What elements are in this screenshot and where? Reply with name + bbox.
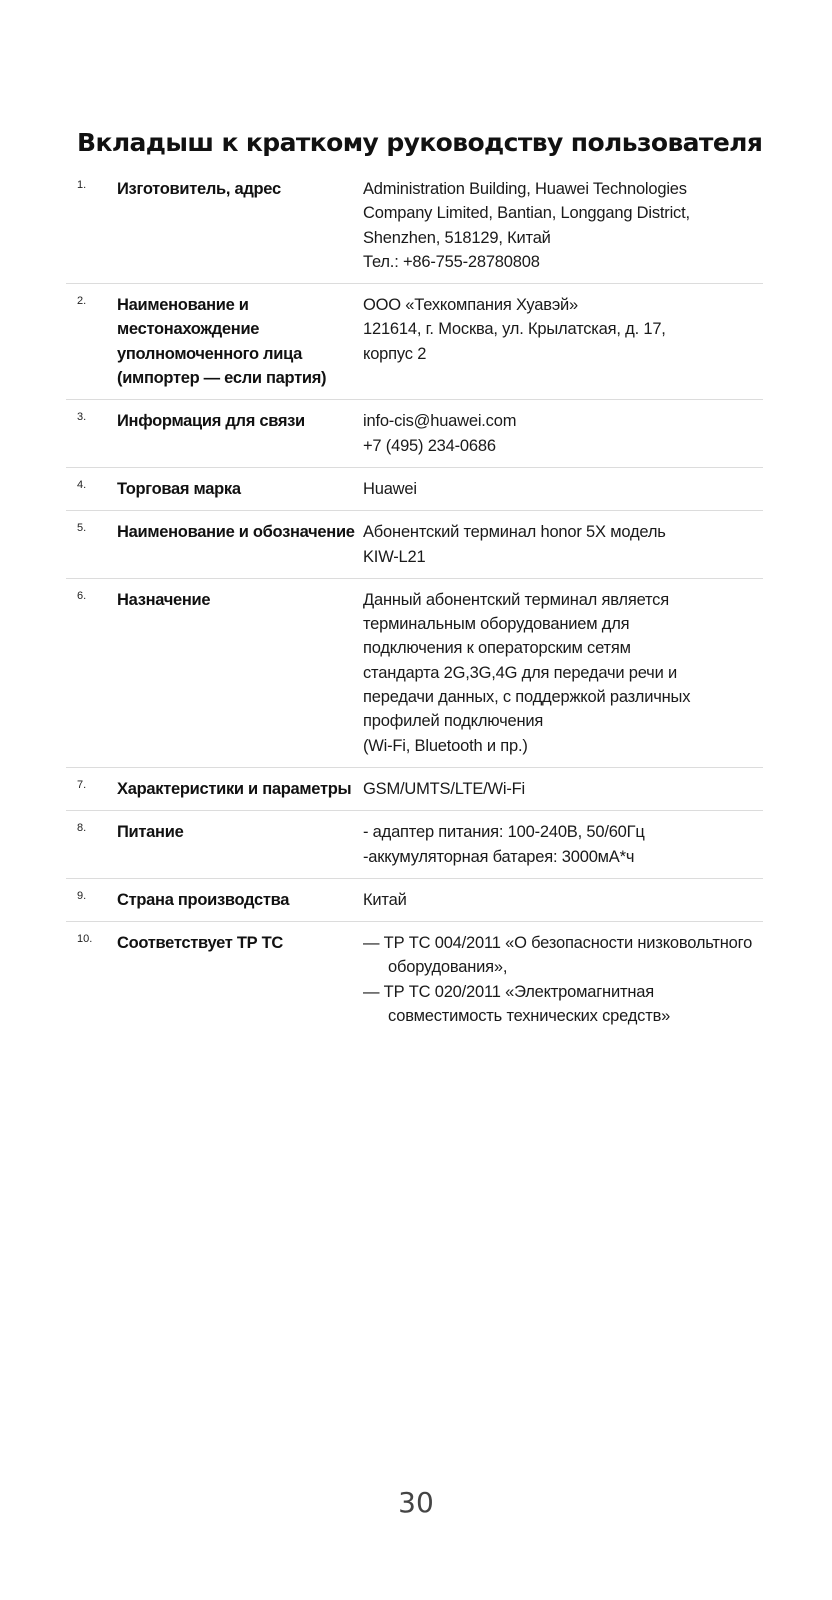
row-number: 2. [66,284,117,400]
value-line: - адаптер питания: 100-240В, 50/60Гц [363,820,763,844]
table-row: 9. Страна производства Китай [66,878,763,921]
value-line: (Wi-Fi, Bluetooth и пр.) [363,734,763,758]
value-line: GSM/UMTS/LTE/Wi-Fi [363,777,763,801]
value-line: KIW-L21 [363,545,763,569]
table-row: 3. Информация для связи info-cis@huawei.… [66,400,763,468]
row-value: Huawei [363,467,763,510]
value-line: +7 (495) 234-0686 [363,434,763,458]
row-value: - адаптер питания: 100-240В, 50/60Гц-акк… [363,811,763,879]
row-number: 5. [66,511,117,579]
value-line: профилей подключения [363,709,763,733]
table-row: 6. Назначение Данный абонентский термина… [66,578,763,767]
row-label: Торговая марка [117,467,363,510]
value-line: Shenzhen, 518129, Китай [363,226,763,250]
row-value: Administration Building, Huawei Technolo… [363,168,763,284]
row-label: Питание [117,811,363,879]
table-row: 2. Наименование и местонахождение уполно… [66,284,763,400]
row-label: Соответствует ТР ТС [117,922,363,1038]
value-line: Абонентский терминал honor 5X модель [363,520,763,544]
row-label: Наименование и обозначение [117,511,363,579]
value-line: подключения к операторским сетям [363,636,763,660]
row-label: Наименование и местонахождение уполномоч… [117,284,363,400]
row-number: 1. [66,168,117,284]
row-label: Характеристики и параметры [117,767,363,810]
row-label: Назначение [117,578,363,767]
row-number: 7. [66,767,117,810]
row-number: 10. [66,922,117,1038]
spec-table-body: 1. Изготовитель, адрес Administration Bu… [66,168,763,1037]
row-number: 8. [66,811,117,879]
row-label: Страна производства [117,878,363,921]
row-number: 6. [66,578,117,767]
value-line: ООО «Техкомпания Хуавэй» [363,293,763,317]
document-title: Вкладыш к краткому руководству пользоват… [77,124,763,162]
value-line: -аккумуляторная батарея: 3000мА*ч [363,845,763,869]
table-row: 5. Наименование и обозначение Абонентски… [66,511,763,579]
row-value: ООО «Техкомпания Хуавэй»121614, г. Москв… [363,284,763,400]
value-line: Huawei [363,477,763,501]
value-line: 121614, г. Москва, ул. Крылатская, д. 17… [363,317,763,341]
value-line: Данный абонентский терминал является [363,588,763,612]
table-row: 4. Торговая марка Huawei [66,467,763,510]
row-value: Китай [363,878,763,921]
row-value: GSM/UMTS/LTE/Wi-Fi [363,767,763,810]
regulation-item: — ТР ТС 020/2011 «Электромагнитная совме… [363,980,763,1029]
table-row: 8. Питание - адаптер питания: 100-240В, … [66,811,763,879]
row-value: Данный абонентский терминал являетсятерм… [363,578,763,767]
row-value: info-cis@huawei.com+7 (495) 234-0686 [363,400,763,468]
row-label: Информация для связи [117,400,363,468]
row-value: Абонентский терминал honor 5X модельKIW-… [363,511,763,579]
value-line: info-cis@huawei.com [363,409,763,433]
value-line: Administration Building, Huawei Technolo… [363,177,763,201]
row-label: Изготовитель, адрес [117,168,363,284]
spec-table: 1. Изготовитель, адрес Administration Bu… [66,168,763,1037]
row-number: 4. [66,467,117,510]
row-value: — ТР ТС 004/2011 «О безопасности низково… [363,922,763,1038]
table-row: 7. Характеристики и параметры GSM/UMTS/L… [66,767,763,810]
page-number: 30 [0,1486,832,1519]
value-line: передачи данных, с поддержкой различных [363,685,763,709]
table-row: 10. Соответствует ТР ТС — ТР ТС 004/2011… [66,922,763,1038]
regulation-item: — ТР ТС 004/2011 «О безопасности низково… [363,931,763,980]
value-line: корпус 2 [363,342,763,366]
row-number: 3. [66,400,117,468]
document-page: Вкладыш к краткому руководству пользоват… [66,124,763,1037]
row-number: 9. [66,878,117,921]
value-line: Тел.: +86-755-28780808 [363,250,763,274]
value-line: Китай [363,888,763,912]
value-line: стандарта 2G,3G,4G для передачи речи и [363,661,763,685]
value-line: Company Limited, Bantian, Longgang Distr… [363,201,763,225]
value-line: терминальным оборудованием для [363,612,763,636]
table-row: 1. Изготовитель, адрес Administration Bu… [66,168,763,284]
